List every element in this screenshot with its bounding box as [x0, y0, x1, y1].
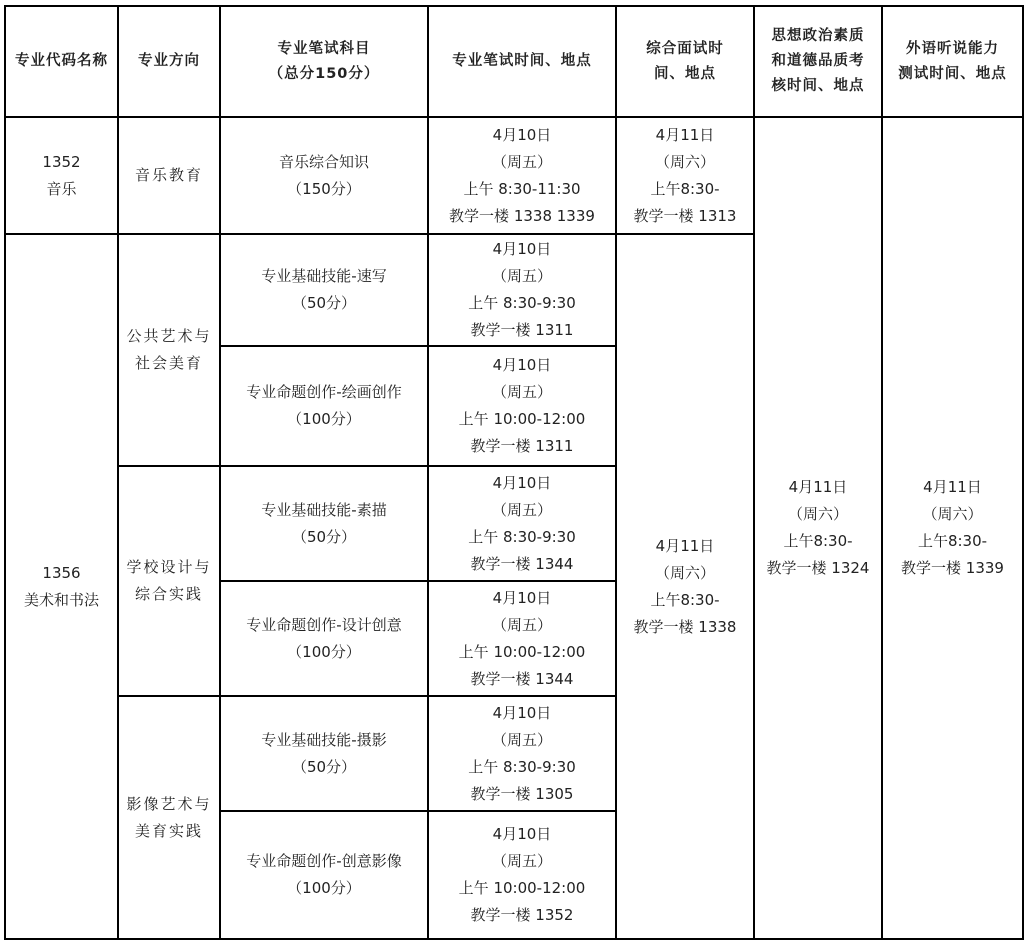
header-political: 思想政治素质 和道德品质考 核时间、地点: [754, 6, 882, 117]
art-subject: 专业基础技能-素描 （50分）: [220, 466, 428, 581]
header-row: 专业代码名称 专业方向 专业笔试科目 （总分150分） 专业笔试时间、地点 综合…: [5, 6, 1023, 117]
header-written-time-place: 专业笔试时间、地点: [428, 6, 616, 117]
art-direction-public: 公共艺术与 社会美育: [118, 234, 220, 466]
music-written-time: 4月10日 （周五） 上午 8:30-11:30 教学一楼 1338 1339: [428, 117, 616, 234]
header-code-name: 专业代码名称: [5, 6, 118, 117]
art-direction-image: 影像艺术与 美育实践: [118, 696, 220, 939]
art-written-time: 4月10日 （周五） 上午 10:00-12:00 教学一楼 1352: [428, 811, 616, 939]
art-subject: 专业命题创作-设计创意 （100分）: [220, 581, 428, 696]
political-exam-cell: 4月11日 （周六） 上午8:30- 教学一楼 1324: [754, 117, 882, 939]
art-subject: 专业命题创作-绘画创作 （100分）: [220, 346, 428, 466]
header-language: 外语听说能力 测试时间、地点: [882, 6, 1023, 117]
music-code-name: 1352 音乐: [5, 117, 118, 234]
art-direction-school: 学校设计与 综合实践: [118, 466, 220, 696]
music-direction: 音乐教育: [118, 117, 220, 234]
table-row: 1352 音乐 音乐教育 音乐综合知识 （150分） 4月10日 （周五） 上午…: [5, 117, 1023, 234]
art-written-time: 4月10日 （周五） 上午 8:30-9:30 教学一楼 1305: [428, 696, 616, 811]
art-interview: 4月11日 （周六） 上午8:30- 教学一楼 1338: [616, 234, 754, 939]
header-written-subject: 专业笔试科目 （总分150分）: [220, 6, 428, 117]
art-subject: 专业命题创作-创意影像 （100分）: [220, 811, 428, 939]
exam-schedule-table: 专业代码名称 专业方向 专业笔试科目 （总分150分） 专业笔试时间、地点 综合…: [4, 5, 1024, 940]
art-code-name: 1356 美术和书法: [5, 234, 118, 939]
art-subject: 专业基础技能-摄影 （50分）: [220, 696, 428, 811]
header-direction: 专业方向: [118, 6, 220, 117]
music-interview: 4月11日 （周六） 上午8:30- 教学一楼 1313: [616, 117, 754, 234]
art-written-time: 4月10日 （周五） 上午 8:30-9:30 教学一楼 1311: [428, 234, 616, 346]
header-interview: 综合面试时 间、地点: [616, 6, 754, 117]
art-written-time: 4月10日 （周五） 上午 8:30-9:30 教学一楼 1344: [428, 466, 616, 581]
art-written-time: 4月10日 （周五） 上午 10:00-12:00 教学一楼 1344: [428, 581, 616, 696]
art-written-time: 4月10日 （周五） 上午 10:00-12:00 教学一楼 1311: [428, 346, 616, 466]
language-exam-cell: 4月11日 （周六） 上午8:30- 教学一楼 1339: [882, 117, 1023, 939]
music-subject: 音乐综合知识 （150分）: [220, 117, 428, 234]
art-subject: 专业基础技能-速写 （50分）: [220, 234, 428, 346]
